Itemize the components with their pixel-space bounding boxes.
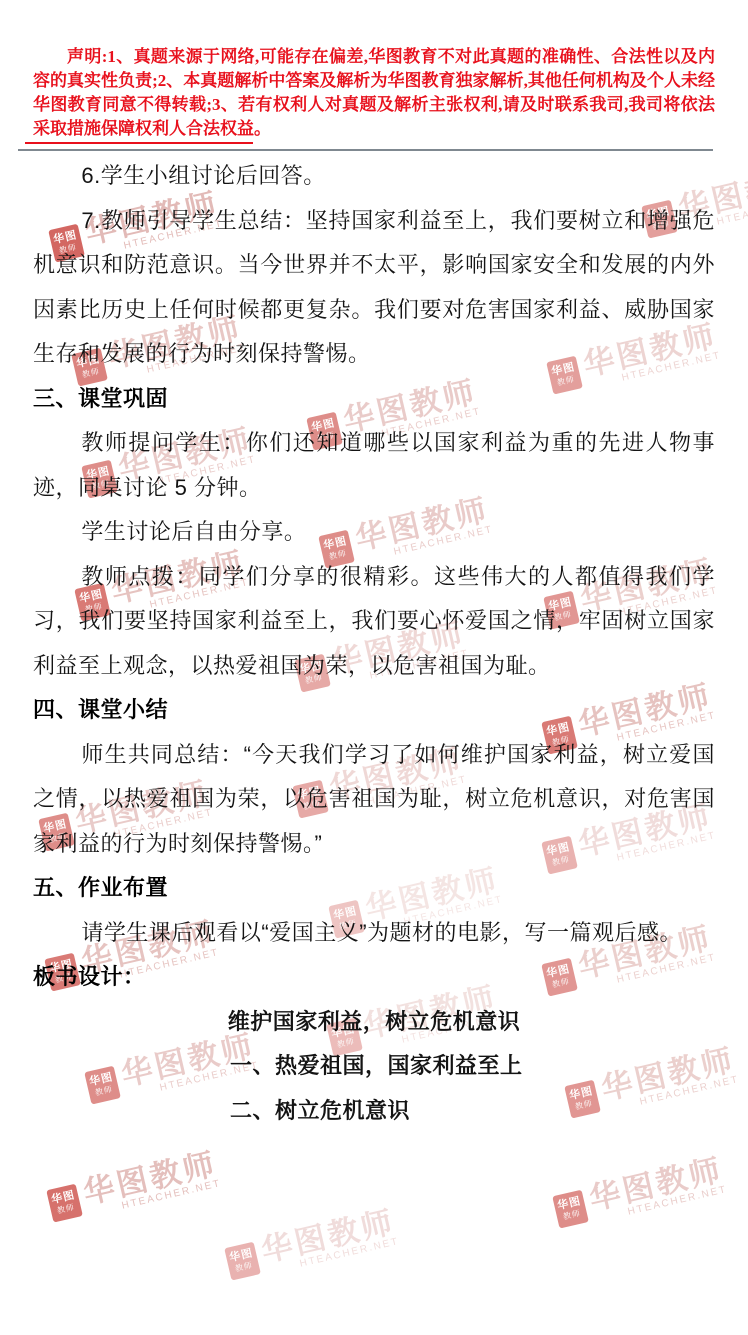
paragraph: 教师提问学生：你们还知道哪些以国家利益为重的先进人物事迹，同桌讨论 5 分钟。 <box>33 421 715 510</box>
huatu-watermark: 华图教师华图教师HTEACHER.NET <box>45 1148 222 1227</box>
watermark-text: 华图教师 <box>258 1206 398 1268</box>
huatu-logo-icon: 华图教师 <box>46 1184 83 1223</box>
watermark-text: 华图教师 <box>586 1154 726 1216</box>
watermark-subtext: HTEACHER.NET <box>627 1184 729 1218</box>
huatu-logo-icon: 华图教师 <box>224 1242 261 1281</box>
document-body: 声明:1、真题来源于网络,可能存在偏差,华图教育不对此真题的准确性、合法性以及内… <box>0 45 748 1133</box>
paragraph: 6.学生小组讨论后回答。 <box>33 154 715 199</box>
huatu-logo-icon: 华图教师 <box>552 1190 589 1229</box>
watermark-text: 华图教师 <box>80 1148 220 1210</box>
paragraph: 7.教师引导学生总结：坚持国家利益至上，我们要树立和增强危机意识和防范意识。当今… <box>33 199 715 377</box>
board-item: 一、热爱祖国，国家利益至上 <box>230 1044 715 1089</box>
heading: 板书设计： <box>33 955 715 1000</box>
disclaimer-label: 声明: <box>67 47 107 66</box>
heading: 五、作业布置 <box>33 866 715 911</box>
red-underline <box>25 142 253 144</box>
paragraph: 师生共同总结：“今天我们学习了如何维护国家利益，树立爱国之情，以热爱祖国为荣，以… <box>33 733 715 867</box>
heading: 四、课堂小结 <box>33 688 715 733</box>
huatu-watermark: 华图教师华图教师HTEACHER.NET <box>551 1154 728 1233</box>
paragraph: 学生讨论后自由分享。 <box>33 510 715 555</box>
watermark-subtext: HTEACHER.NET <box>299 1236 401 1270</box>
paragraph: 请学生课后观看以“爱国主义”为题材的电影，写一篇观后感。 <box>33 911 715 956</box>
heading: 三、课堂巩固 <box>33 377 715 422</box>
huatu-watermark: 华图教师华图教师HTEACHER.NET <box>223 1206 400 1285</box>
lesson-content: 6.学生小组讨论后回答。7.教师引导学生总结：坚持国家利益至上，我们要树立和增强… <box>33 154 715 1133</box>
disclaimer-body: 1、真题来源于网络,可能存在偏差,华图教育不对此真题的准确性、合法性以及内容的真… <box>33 47 715 138</box>
paragraph: 教师点拨：同学们分享的很精彩。这些伟大的人都值得我们学习，我们要坚持国家利益至上… <box>33 555 715 689</box>
document-page: 华图教师华图教师HTEACHER.NET华图教师华图教师HTEACHER.NET… <box>0 0 748 1335</box>
board-item: 二、树立危机意识 <box>230 1089 715 1134</box>
board-title: 维护国家利益，树立危机意识 <box>33 1000 715 1045</box>
divider-line <box>18 149 713 151</box>
disclaimer-text: 声明:1、真题来源于网络,可能存在偏差,华图教育不对此真题的准确性、合法性以及内… <box>33 45 715 141</box>
watermark-subtext: HTEACHER.NET <box>121 1178 223 1212</box>
